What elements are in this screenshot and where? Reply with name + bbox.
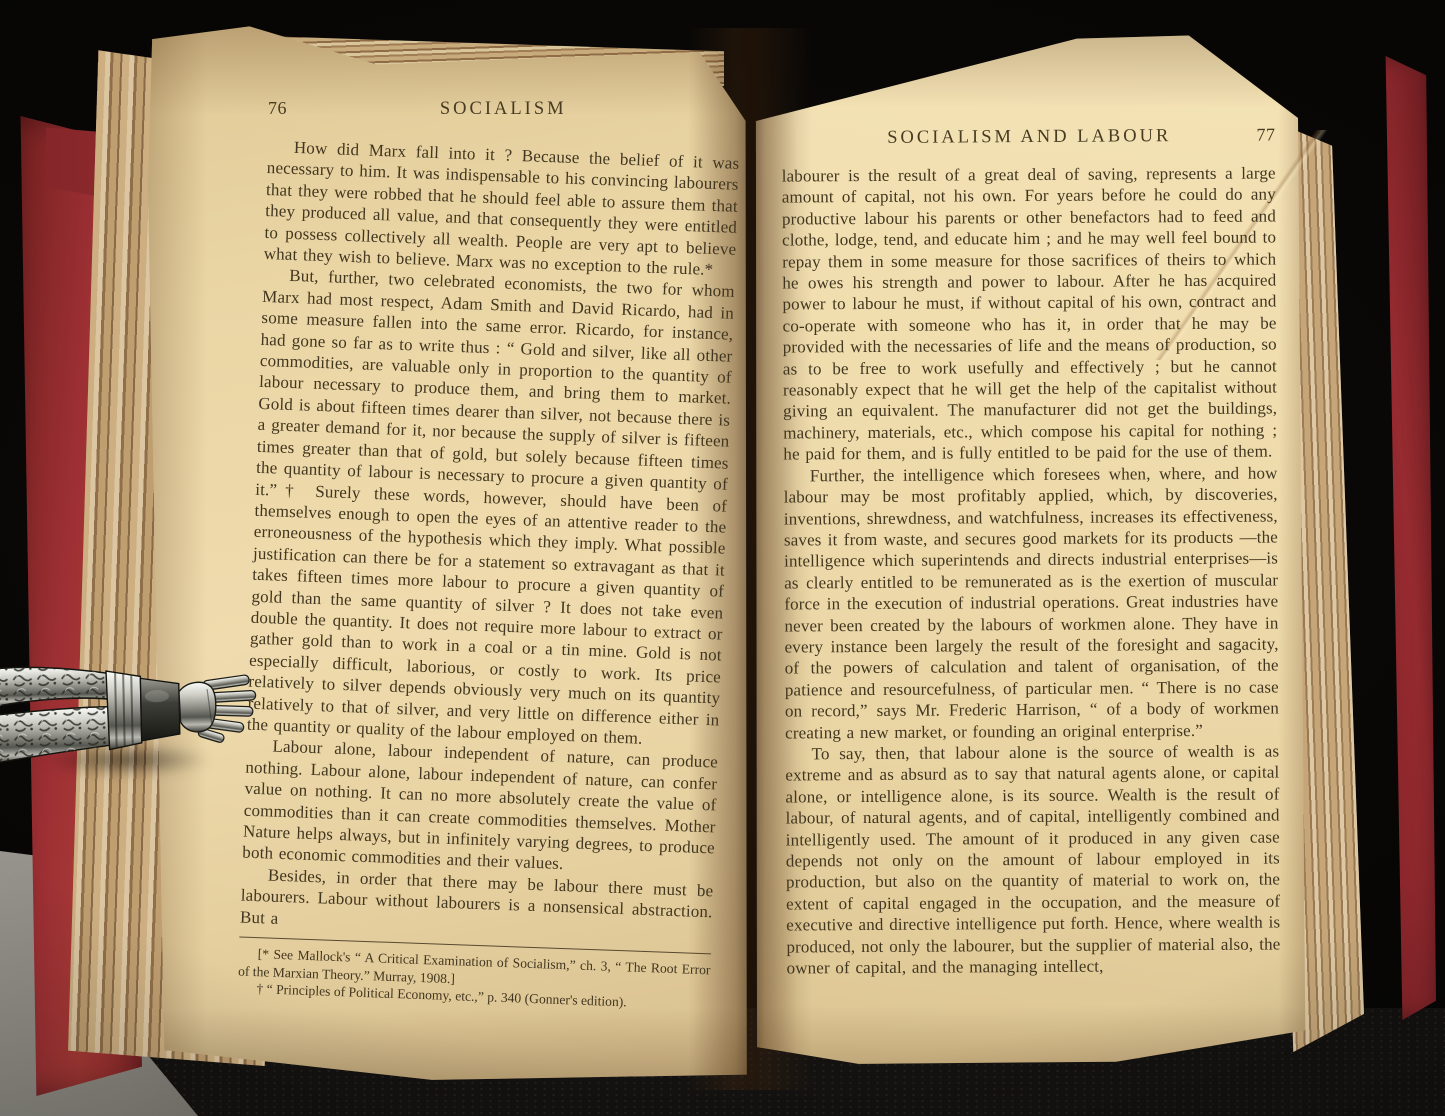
running-header-right: SOCIALISM AND LABOUR <box>841 126 1218 149</box>
page-76-content: 76 SOCIALISM How did Marx fall into it ?… <box>268 98 740 998</box>
paragraph: But, further, two celebrated economists,… <box>247 264 736 752</box>
page-number-76: 76 <box>268 98 326 119</box>
running-header-left: SOCIALISM <box>326 99 681 120</box>
page-77-content: SOCIALISM AND LABOUR 77 labourer is the … <box>781 124 1280 978</box>
paragraph: How did Marx fall into it ? Because the … <box>263 136 739 281</box>
page-clip-icon <box>0 651 261 777</box>
book-photo-scene: 76 SOCIALISM How did Marx fall into it ?… <box>0 0 1445 1116</box>
page-77-body: labourer is the result of a great deal o… <box>782 162 1281 978</box>
paragraph: Further, the intelligence which foresees… <box>783 462 1279 743</box>
page-76-header: 76 SOCIALISM <box>268 98 740 120</box>
paragraph: Labour alone, labour independent of natu… <box>242 735 718 880</box>
book-cover-right <box>1366 56 1436 1020</box>
page-77-header: SOCIALISM AND LABOUR 77 <box>781 124 1275 149</box>
paragraph: To say, then, that labour alone is the s… <box>785 740 1280 978</box>
paragraph: labourer is the result of a great deal o… <box>782 162 1278 465</box>
page-number-77: 77 <box>1218 124 1276 145</box>
page-76-body: How did Marx fall into it ? Because the … <box>237 136 740 1014</box>
